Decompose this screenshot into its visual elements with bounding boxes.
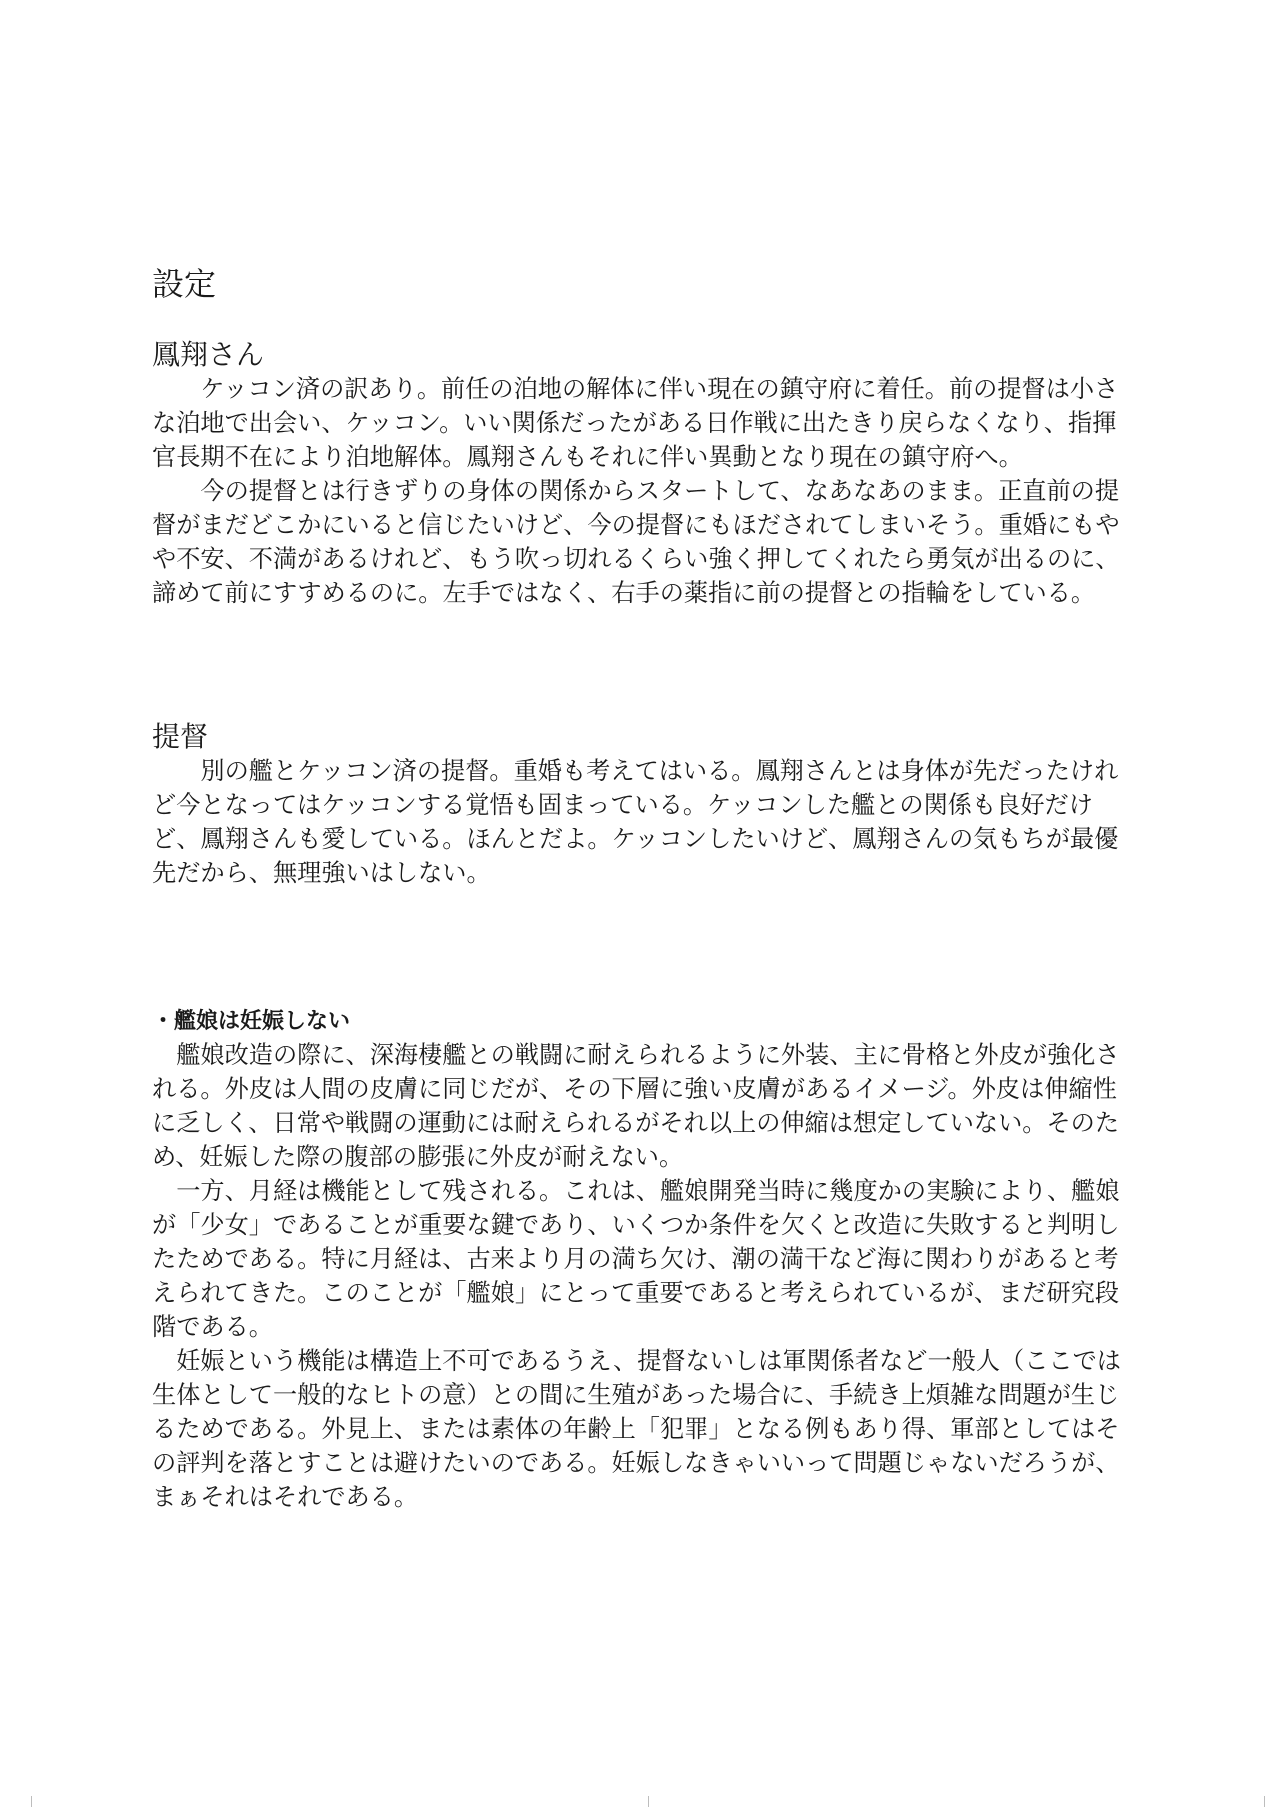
section-teitoku: 提督 別の艦とケッコン済の提督。重婚も考えてはいる。鳳翔さんとは身体が先だったけ… (152, 720, 1132, 890)
section-hosho: 鳳翔さん ケッコン済の訳あり。前任の泊地の解体に伴い現在の鎮守府に着任。前の提督… (152, 338, 1132, 610)
paragraph: 今の提督とは行きずりの身体の関係からスタートして、なあなあのまま。正直前の提督が… (152, 474, 1132, 610)
paragraph: 一方、月経は機能として残される。これは、艦娘開発当時に幾度かの実験により、艦娘が… (152, 1174, 1132, 1344)
paragraph: 艦娘改造の際に、深海棲艦との戦闘に耐えられるように外装、主に骨格と外皮が強化され… (152, 1038, 1132, 1174)
crop-mark (31, 1796, 32, 1807)
paragraph: 別の艦とケッコン済の提督。重婚も考えてはいる。鳳翔さんとは身体が先だったけれど今… (152, 754, 1132, 890)
section-heading-teitoku: 提督 (152, 720, 1132, 754)
crop-mark (648, 1796, 649, 1807)
crop-mark (1264, 1796, 1265, 1807)
section-heading-hosho: 鳳翔さん (152, 338, 1132, 372)
paragraph: ケッコン済の訳あり。前任の泊地の解体に伴い現在の鎮守府に着任。前の提督は小さな泊… (152, 372, 1132, 474)
bullet-heading: ・艦娘は妊娠しない (152, 1004, 1132, 1038)
paragraph: 妊娠という機能は構造上不可であるうえ、提督ないしは軍関係者など一般人（ここでは生… (152, 1344, 1132, 1514)
page-title: 設定 (152, 264, 216, 304)
section-kanmusu-note: ・艦娘は妊娠しない 艦娘改造の際に、深海棲艦との戦闘に耐えられるように外装、主に… (152, 1004, 1132, 1514)
